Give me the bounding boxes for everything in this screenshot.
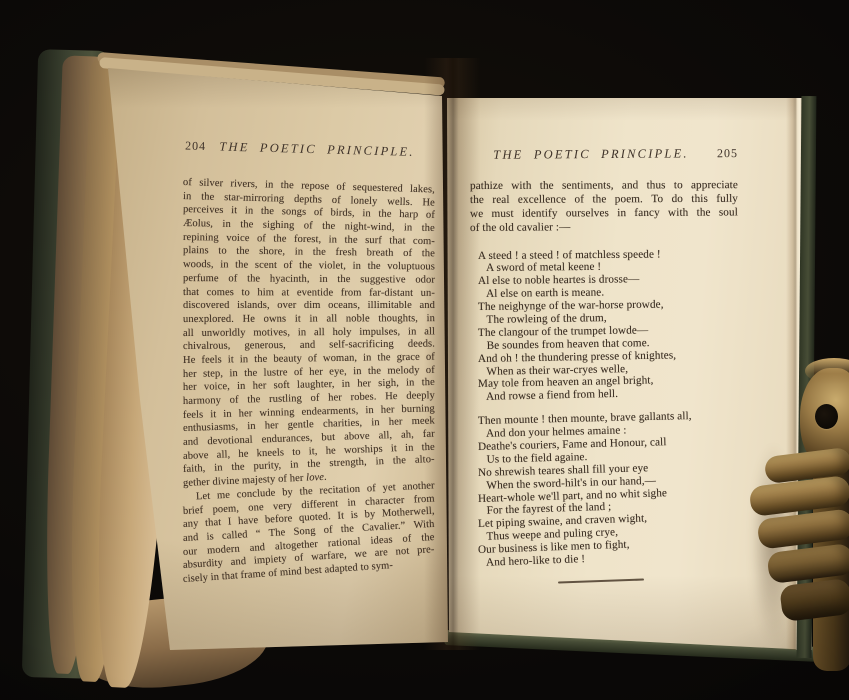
left-page-number: 204 [185, 139, 206, 155]
poem-stanza-1: A steed ! a steed ! of matchless speede … [470, 250, 738, 405]
right-running-title: THE POETIC PRINCIPLE. [470, 146, 738, 163]
sculpted-hand [745, 352, 849, 662]
right-page-text: pathizewiththesentiments,andthustoapprec… [470, 180, 738, 582]
left-page-text: ofsilverrivers,inthereposeofsequesteredl… [183, 176, 435, 587]
text-line: wemustidentifyourselvesinfancywiththesou… [470, 206, 738, 221]
text-line: therealexcellenceofthepoem.Todothisfully [470, 193, 738, 208]
right-prose: pathizewiththesentiments,andthustoapprec… [470, 180, 738, 236]
hand-knuckle-hollow [815, 404, 838, 429]
open-book-photograph: 204 THE POETIC PRINCIPLE. ofsilverrivers… [0, 0, 849, 700]
text-line: pathizewiththesentiments,andthustoapprec… [470, 179, 738, 194]
right-page-number: 205 [717, 146, 738, 161]
text-line: discoveredislands,overdimoceans,illimita… [183, 299, 435, 313]
right-page-header: THE POETIC PRINCIPLE. 205 [470, 146, 738, 164]
left-paragraph-1: ofsilverrivers,inthereposeofsequesteredl… [183, 176, 435, 491]
left-paragraph-2: Letmeconcludebytherecitationofyetanother… [183, 491, 435, 587]
text-line: unexplored.Heownsitinallnoblethoughts,in [183, 312, 435, 327]
text-line: thatcomestohimateventidefromfar-distantu… [183, 286, 435, 300]
text-line: perfumeofthehyacinth,inthesuggestiveodor [183, 272, 435, 287]
poem-stanza-2: Then mounte ! then mounte, brave gallant… [470, 415, 738, 570]
text-line: of the old cavalier :— [470, 220, 738, 236]
